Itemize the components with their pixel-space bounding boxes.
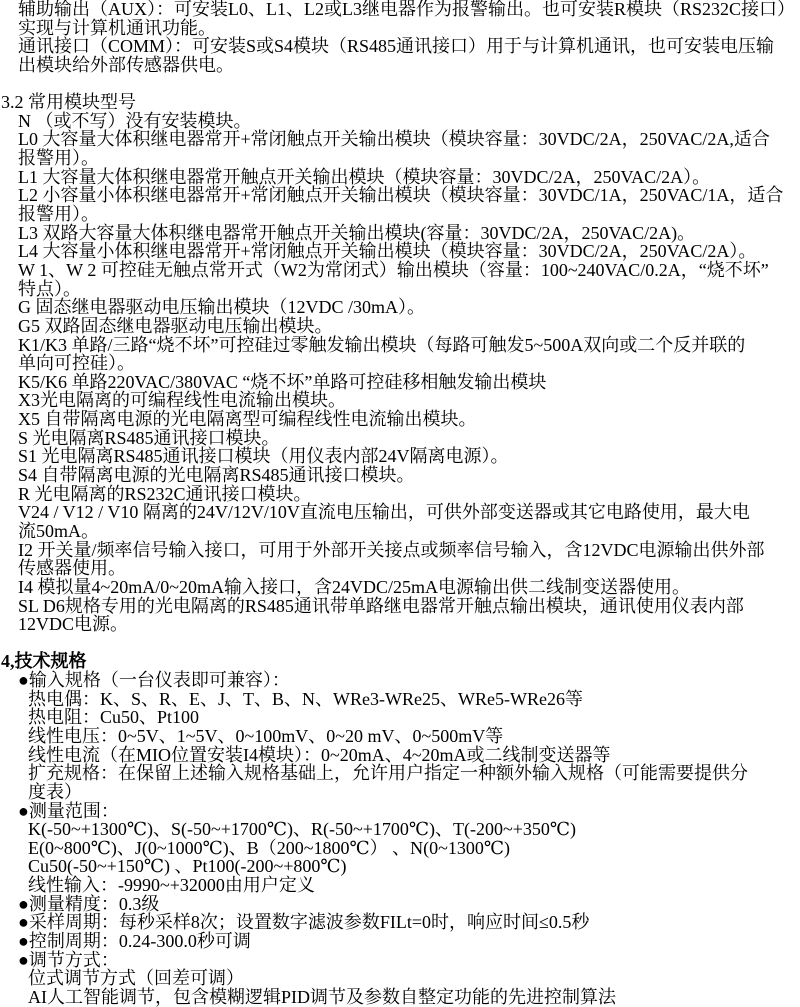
text-line: S4 自带隔离电源的光电隔离RS485通讯接口模块。 — [0, 466, 800, 485]
text-line: 线性电压：0~5V、1~5V、0~100mV、0~20 mV、0~500mV等 — [0, 727, 800, 746]
blank-line — [0, 634, 800, 653]
text-line: G5 双路固态继电器驱动电压输出模块。 — [0, 317, 800, 336]
text-line: X3光电隔离的可编程线性电流输出模块。 — [0, 391, 800, 410]
text-line: AI人工智能调节，包含模糊逻辑PID调节及参数自整定功能的先进控制算法 — [0, 988, 800, 1007]
text-line: 辅助输出（AUX）：可安装L0、L1、L2或L3继电器作为报警输出。也可安装R模… — [0, 0, 800, 19]
text-line: 传感器使用。 — [0, 559, 800, 578]
text-line: 报警用）。 — [0, 149, 800, 168]
spec-bullet-item: ●调节方式： — [0, 951, 800, 970]
text-line: G 固态继电器驱动电压输出模块（12VDC /30mA）。 — [0, 298, 800, 317]
text-line: 12VDC电源。 — [0, 615, 800, 634]
text-line: K5/K6 单路220VAC/380VAC “烧不坏”单路可控硅移相触发输出模块 — [0, 373, 800, 392]
text-line: I4 模拟量4~20mA/0~20mA输入接口，含24VDC/25mA电源输出供… — [0, 578, 800, 597]
text-line: 流50mA。 — [0, 522, 800, 541]
text-line: 实现与计算机通讯功能。 — [0, 19, 800, 38]
text-line: L4 大容量小体积继电器常开+常闭触点开关输出模块（模块容量：30VDC/2A，… — [0, 242, 800, 261]
text-line: V24 / V12 / V10 隔离的24V/12V/10V直流电压输出，可供外… — [0, 503, 800, 522]
text-line: 单向可控硅）。 — [0, 354, 800, 373]
document-page: 辅助输出（AUX）：可安装L0、L1、L2或L3继电器作为报警输出。也可安装R模… — [0, 0, 800, 1007]
text-line: 热电偶：K、S、R、E、J、T、B、N、WRe3-WRe25、WRe5-WRe2… — [0, 690, 800, 709]
spec-bullet-item: ●输入规格（一台仪表即可兼容）： — [0, 671, 800, 690]
text-line: L0 大容量大体积继电器常开+常闭触点开关输出模块（模块容量：30VDC/2A，… — [0, 130, 800, 149]
document-body: 辅助输出（AUX）：可安装L0、L1、L2或L3继电器作为报警输出。也可安装R模… — [0, 0, 800, 1007]
spec-bullet-item: ●采样周期：每秒采样8次；设置数字滤波参数FILt=0时，响应时间≤0.5秒 — [0, 913, 800, 932]
text-line: I2 开关量/频率信号输入接口，可用于外部开关接点或频率信号输入，含12VDC电… — [0, 541, 800, 560]
text-line: 线性电流（在MIO位置安装I4模块）：0~20mA、4~20mA或二线制变送器等 — [0, 746, 800, 765]
text-line: X5 自带隔离电源的光电隔离型可编程线性电流输出模块。 — [0, 410, 800, 429]
text-line: Cu50(-50~+150℃) 、Pt100(-200~+800℃) — [0, 857, 800, 876]
spec-bullet-item: ●测量范围： — [0, 802, 800, 821]
text-line: S1 光电隔离RS485通讯接口模块（用仪表内部24V隔离电源）。 — [0, 447, 800, 466]
text-line: L3 双路大容量大体积继电器常开触点开关输出模块(容量：30VDC/2A，250… — [0, 224, 800, 243]
text-line: 线性输入：-9990~+32000由用户定义 — [0, 876, 800, 895]
section-heading: 3.2 常用模块型号 — [0, 93, 800, 112]
text-line: SL D6规格专用的光电隔离的RS485通讯带单路继电器常开触点输出模块，通讯使… — [0, 597, 800, 616]
text-line: E(0~800℃)、J(0~1000℃)、B（200~1800℃） 、N(0~1… — [0, 839, 800, 858]
text-line: 通讯接口（COMM）：可安装S或S4模块（RS485通讯接口）用于与计算机通讯，… — [0, 37, 800, 56]
section-heading: 4,技术规格 — [0, 652, 800, 671]
text-line: 度表） — [0, 783, 800, 802]
text-line: K1/K3 单路/三路“烧不坏”可控硅过零触发输出模块（每路可触发5~500A双… — [0, 336, 800, 355]
text-line: 报警用）。 — [0, 205, 800, 224]
text-line: N （或不写）没有安装模块。 — [0, 112, 800, 131]
text-line: K(-50~+1300℃)、S(-50~+1700℃)、R(-50~+1700℃… — [0, 820, 800, 839]
spec-bullet-item: ●控制周期：0.24-300.0秒可调 — [0, 932, 800, 951]
text-line: 出模块给外部传感器供电。 — [0, 56, 800, 75]
text-line: R 光电隔离的RS232C通讯接口模块。 — [0, 485, 800, 504]
text-line: 热电阻：Cu50、Pt100 — [0, 708, 800, 727]
blank-line — [0, 75, 800, 94]
spec-bullet-item: ●测量精度：0.3级 — [0, 895, 800, 914]
text-line: L1 大容量大体积继电器常开触点开关输出模块（模块容量：30VDC/2A，250… — [0, 168, 800, 187]
text-line: 特点）。 — [0, 280, 800, 299]
text-line: W 1、W 2 可控硅无触点常开式（W2为常闭式）输出模块（容量：100~240… — [0, 261, 800, 280]
text-line: L2 小容量小体积继电器常开+常闭触点开关输出模块（模块容量：30VDC/1A，… — [0, 186, 800, 205]
text-line: S 光电隔离RS485通讯接口模块。 — [0, 429, 800, 448]
text-line: 扩充规格：在保留上述输入规格基础上，允许用户指定一种额外输入规格（可能需要提供分 — [0, 764, 800, 783]
text-line: 位式调节方式（回差可调） — [0, 969, 800, 988]
